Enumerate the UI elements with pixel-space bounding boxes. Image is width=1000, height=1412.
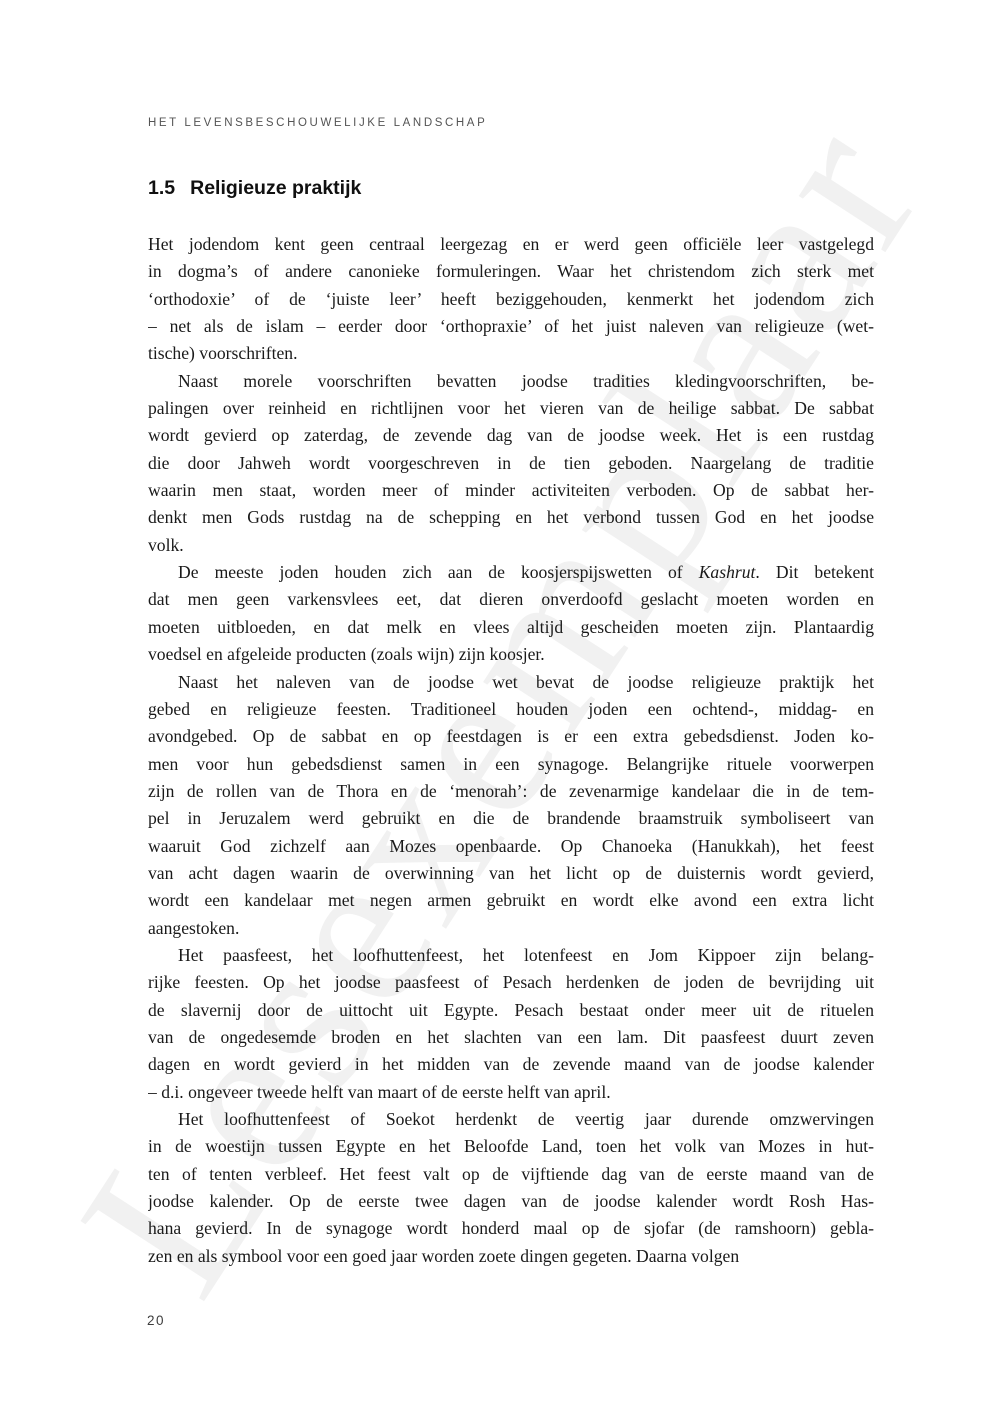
- text-line: zen en als symbool voor een goed jaar wo…: [148, 1243, 874, 1270]
- text-line: joodse kalender. Op de eerste twee dagen…: [148, 1188, 874, 1215]
- text-line: De meeste joden houden zich aan de koosj…: [148, 559, 874, 586]
- text-line: die door Jahweh wordt voorgeschreven in …: [148, 450, 874, 477]
- text-line: avondgebed. Op de sabbat en op feestdage…: [148, 723, 874, 750]
- paragraph: Naast morele voorschriften bevatten jood…: [148, 368, 874, 559]
- text-line: volk.: [148, 532, 874, 559]
- text-line: Naast het naleven van de joodse wet beva…: [148, 669, 874, 696]
- text-line: waarin men staat, worden meer of minder …: [148, 477, 874, 504]
- paragraph: Het loofhuttenfeest of Soekot herdenkt d…: [148, 1106, 874, 1270]
- text-line: men voor hun gebedsdienst samen in een s…: [148, 751, 874, 778]
- text-line: van acht dagen waarin de overwinning van…: [148, 860, 874, 887]
- text-line: denkt men Gods rustdag na de schepping e…: [148, 504, 874, 531]
- text-line: moeten uitbloeden, en dat melk en vlees …: [148, 614, 874, 641]
- text-line: gebed en religieuze feesten. Traditionee…: [148, 696, 874, 723]
- section-title: Religieuze praktijk: [190, 177, 361, 200]
- text-line: de slavernij door de uittocht uit Egypte…: [148, 997, 874, 1024]
- text-line: Het loofhuttenfeest of Soekot herdenkt d…: [148, 1106, 874, 1133]
- text-line: voedsel en afgeleide producten (zoals wi…: [148, 641, 874, 668]
- text-line: aangestoken.: [148, 915, 874, 942]
- section-number: 1.5: [148, 177, 175, 200]
- page-number: 20: [147, 1313, 165, 1328]
- text-line: dagen en wordt gevierd in het midden van…: [148, 1051, 874, 1078]
- text-line: waaruit God zichzelf aan Mozes openbaard…: [148, 833, 874, 860]
- body-text: Het jodendom kent geen centraal leergeza…: [148, 231, 874, 1270]
- text-line: van de ongedesemde broden en het slachte…: [148, 1024, 874, 1051]
- text-line: ‘orthodoxie’ of de ‘juiste leer’ heeft b…: [148, 286, 874, 313]
- text-line: Naast morele voorschriften bevatten jood…: [148, 368, 874, 395]
- text-line: ten of tenten verbleef. Het feest valt o…: [148, 1161, 874, 1188]
- text-line: Het paasfeest, het loofhuttenfeest, het …: [148, 942, 874, 969]
- text-line: dat men geen varkensvlees eet, dat diere…: [148, 586, 874, 613]
- book-page: Lesexemplaar HET LEVENSBESCHOUWELIJKE LA…: [0, 0, 1000, 1412]
- text-line: – net als de islam – eerder door ‘orthop…: [148, 313, 874, 340]
- text-line: tische) voorschriften.: [148, 340, 874, 367]
- paragraph: Het paasfeest, het loofhuttenfeest, het …: [148, 942, 874, 1106]
- text-line: palingen over reinheid en richtlijnen vo…: [148, 395, 874, 422]
- text-line: hana gevierd. In de synagoge wordt honde…: [148, 1215, 874, 1242]
- text-line: – d.i. ongeveer tweede helft van maart o…: [148, 1079, 874, 1106]
- paragraph: De meeste joden houden zich aan de koosj…: [148, 559, 874, 668]
- running-header: HET LEVENSBESCHOUWELIJKE LANDSCHAP: [148, 117, 487, 129]
- text-line: pel in Jeruzalem werd gebruikt en die de…: [148, 805, 874, 832]
- text-line: rijke feesten. Op het joodse paasfeest o…: [148, 969, 874, 996]
- section-heading: 1.5 Religieuze praktijk: [148, 177, 361, 200]
- paragraph: Naast het naleven van de joodse wet beva…: [148, 669, 874, 942]
- paragraph: Het jodendom kent geen centraal leergeza…: [148, 231, 874, 368]
- text-line: Het jodendom kent geen centraal leergeza…: [148, 231, 874, 258]
- text-line: in dogma’s of andere canonieke formuleri…: [148, 258, 874, 285]
- text-line: wordt gevierd op zaterdag, de zevende da…: [148, 422, 874, 449]
- text-line: in de woestijn tussen Egypte en het Belo…: [148, 1133, 874, 1160]
- text-line: zijn de rollen van de Thora en de ‘menor…: [148, 778, 874, 805]
- text-line: wordt een kandelaar met negen armen gebr…: [148, 887, 874, 914]
